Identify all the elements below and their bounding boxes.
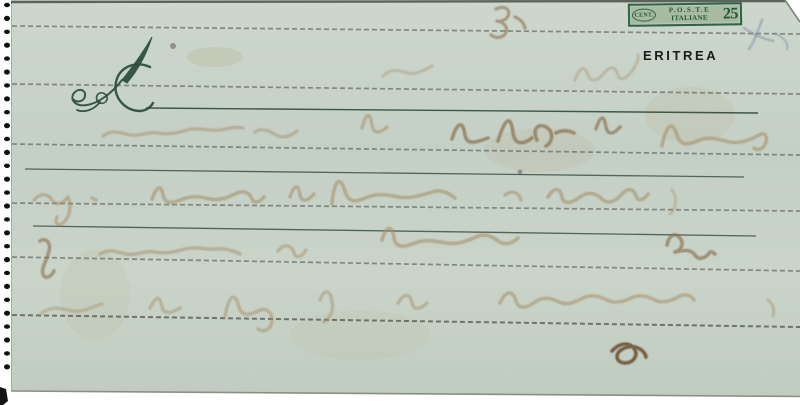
perforation-tooth xyxy=(4,364,10,369)
perforation-tooth xyxy=(4,298,10,302)
ruled-line xyxy=(12,257,800,271)
perforation-tooth xyxy=(4,137,10,141)
card-edge-line xyxy=(11,1,785,2)
stains-group xyxy=(60,43,735,360)
perforation-tooth xyxy=(4,257,10,262)
paper-stain xyxy=(645,87,735,143)
perforation-tooth xyxy=(4,203,10,208)
scanned-letter-card-photo: CENT. P.O.S.T.E ITALIANE 25 ERITREA xyxy=(0,0,800,405)
perforation-group xyxy=(4,3,10,370)
perforation-tooth xyxy=(4,351,10,355)
handwriting-stroke xyxy=(225,297,272,330)
ruled-line xyxy=(12,144,800,155)
handwriting-stroke xyxy=(667,235,715,258)
perforation-tooth xyxy=(4,110,10,114)
postage-stamp: CENT. P.O.S.T.E ITALIANE 25 xyxy=(628,2,742,27)
perforation-tooth xyxy=(4,337,10,342)
perforation-tooth xyxy=(4,230,10,235)
ruled-line xyxy=(12,203,800,211)
perforation-tooth xyxy=(4,244,10,248)
stamp-oval: CENT. xyxy=(632,8,656,21)
perforation-tooth xyxy=(4,217,10,221)
perforation-tooth xyxy=(4,83,10,87)
card-edge-line xyxy=(785,0,800,22)
paper-stain xyxy=(60,250,130,340)
perforation-tooth xyxy=(4,43,10,48)
perforation-tooth xyxy=(4,30,10,34)
monogram-a-stroke xyxy=(122,37,152,83)
stamp-line-italiane: ITALIANE xyxy=(671,14,708,22)
perforation-tooth xyxy=(4,177,10,182)
handwriting-stroke xyxy=(548,190,648,203)
handwriting-stroke xyxy=(278,246,306,257)
stamp-inscription: P.O.S.T.E ITALIANE xyxy=(658,7,721,23)
ruled-line xyxy=(25,169,744,177)
perforation-tooth xyxy=(4,69,10,74)
perforation-tooth xyxy=(4,271,10,275)
perforation-tooth xyxy=(4,284,10,289)
stamp-denomination: 25 xyxy=(723,6,738,22)
handwriting-stroke-halo xyxy=(152,188,264,202)
perforation-tooth xyxy=(4,311,10,316)
perforation-tooth xyxy=(4,150,10,155)
paper-stain xyxy=(187,47,243,67)
perforation-tooth xyxy=(4,123,10,128)
ruled-line xyxy=(12,26,800,34)
perforation-tooth xyxy=(4,190,10,194)
handwriting-stroke xyxy=(34,195,96,225)
ink-speck xyxy=(170,43,176,49)
perforation-tooth xyxy=(4,324,10,328)
ink-speck xyxy=(518,170,523,175)
eritrea-overprint: ERITREA xyxy=(643,48,718,63)
monogram-group xyxy=(72,37,153,111)
perforation-tooth xyxy=(4,56,10,60)
perforation-tooth xyxy=(4,164,10,168)
perforation-tooth xyxy=(4,16,10,21)
card-edge-blot xyxy=(0,387,8,405)
perforation-tooth xyxy=(4,96,10,101)
perforation-tooth xyxy=(4,3,10,7)
stamp-oval-label: CENT. xyxy=(635,12,654,18)
card-edge-line xyxy=(11,391,800,397)
monogram-a-stroke xyxy=(77,102,100,111)
handwriting-stroke xyxy=(150,298,180,312)
paper-stain xyxy=(290,310,430,360)
